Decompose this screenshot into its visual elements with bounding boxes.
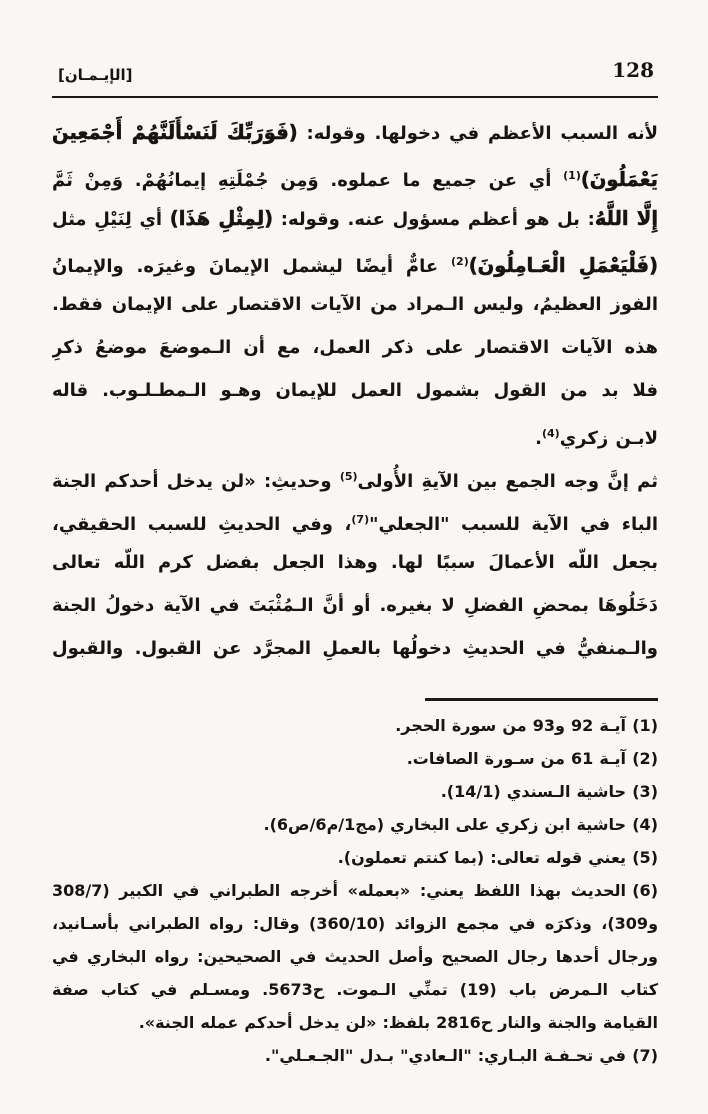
footnote: (4) حاشية ابن زكري على البخاري (مج1/م6/ص…	[52, 808, 658, 841]
page-header: [الإيـمـان] 128	[52, 58, 658, 92]
quran-verse: (فَلْيَعْمَلِ الْعَـامِلُونَ)	[469, 254, 658, 277]
body-line: بجعل اللّه الأعمالَ سببًا لها. وهذا الجع…	[52, 541, 658, 584]
body-text: لأنه السبب الأعظم في دخولها. وقوله: (فَو…	[52, 111, 658, 670]
footnote-text: في تحـفـة البـاري: "الـعادي" بـدل "الجـع…	[265, 1046, 626, 1065]
body-line: لأنه السبب الأعظم في دخولها. وقوله: (فَو…	[52, 111, 658, 154]
footnote: (6) الحديث بهذا اللفظ يعني: «بعمله» أخرج…	[52, 874, 658, 1039]
body-text-run: الباء في الآية للسبب "الجعلي"	[369, 514, 658, 535]
footnote-ref: (1)	[563, 169, 581, 182]
section-label: [الإيـمـان]	[58, 66, 133, 84]
page-number: 128	[612, 58, 654, 82]
footnote-text: الحديث بهذا اللفظ يعني: «بعمله» أخرجه ال…	[52, 881, 658, 1032]
footnote-marker: (4)	[626, 808, 658, 841]
body-text-run: ثم إنَّ وجه الجمع بين الآيةِ الأُولى	[358, 471, 658, 492]
body-line: يَعْمَلُونَ)(1) أي عن جميع ما عملوه. وَم…	[52, 154, 658, 197]
footnote-marker: (1)	[626, 709, 658, 742]
footnote: (7) في تحـفـة البـاري: "الـعادي" بـدل "ا…	[52, 1039, 658, 1072]
body-text-run: والـمنفيُّ في الحديثِ دخولُها بالعملِ ال…	[52, 638, 658, 670]
body-line: هذه الآيات الاقتصار على ذكر العمل، مع أن…	[52, 326, 658, 369]
footnote-ref: (7)	[351, 513, 369, 526]
body-line: ثم إنَّ وجه الجمع بين الآيةِ الأُولى(5) …	[52, 455, 658, 498]
footnote-marker: (6)	[626, 874, 658, 907]
footnote: (1) آيـة 92 و93 من سورة الحجر.	[52, 709, 658, 742]
footnote-marker: (5)	[626, 841, 658, 874]
footnote-text: حاشية الـسندي (14/1).	[441, 782, 626, 801]
footnote-text: آيـة 61 من سـورة الصافات.	[407, 749, 626, 768]
body-line: (فَلْيَعْمَلِ الْعَـامِلُونَ)(2) عامٌّ أ…	[52, 240, 658, 283]
header-rule	[52, 96, 658, 98]
body-text-run: الفوز العظيمُ، وليس الـمراد من الآيات ال…	[52, 294, 658, 326]
body-line: دَخَلُوهَا بمحضِ الفضلِ لا بغيره. أو أنَ…	[52, 584, 658, 627]
footnotes-section: (1) آيـة 92 و93 من سورة الحجر.(2) آيـة 6…	[52, 698, 658, 1072]
body-text-run: دَخَلُوهَا بمحضِ الفضلِ لا بغيره. أو أنَ…	[52, 595, 658, 627]
footnote-text: حاشية ابن زكري على البخاري (مج1/م6/ص6).	[264, 815, 626, 834]
quran-verse: إِلَّا اللَّهُ	[595, 207, 658, 230]
body-line: الباء في الآية للسبب "الجعلي"(7)، وفي ال…	[52, 498, 658, 541]
body-text-run: هذه الآيات الاقتصار على ذكر العمل، مع أن…	[52, 337, 658, 369]
footnote-separator-rule	[425, 698, 658, 701]
body-line: فلا بد من القول بشمول العمل للإيمان وهـو…	[52, 369, 658, 412]
body-text-run: .	[535, 428, 542, 449]
footnote: (2) آيـة 61 من سـورة الصافات.	[52, 742, 658, 775]
quran-verse: (لِمِثْلِ هَذَا)	[170, 207, 273, 230]
footnote-marker: (3)	[626, 775, 658, 808]
footnote-ref: (4)	[542, 427, 560, 440]
book-page: [الإيـمـان] 128 لأنه السبب الأعظم في دخو…	[0, 0, 708, 1114]
footnote-text: آيـة 92 و93 من سورة الحجر.	[395, 716, 626, 735]
body-line: والـمنفيُّ في الحديثِ دخولُها بالعملِ ال…	[52, 627, 658, 670]
footnote-list: (1) آيـة 92 و93 من سورة الحجر.(2) آيـة 6…	[52, 709, 658, 1072]
footnote-marker: (2)	[626, 742, 658, 775]
body-text-run: فلا بد من القول بشمول العمل للإيمان وهـو…	[52, 380, 658, 412]
footnote-marker: (7)	[626, 1039, 658, 1072]
footnote-ref: (2)	[451, 255, 469, 268]
body-text-run: لابـن زكري	[560, 428, 658, 449]
footnote: (5) يعني قوله تعالى: (بما كنتم تعملون).	[52, 841, 658, 874]
body-text-run: : بل هو أعظم مسؤول عنه. وقوله:	[273, 209, 595, 230]
footnote-text: يعني قوله تعالى: (بما كنتم تعملون).	[338, 848, 626, 867]
footnote: (3) حاشية الـسندي (14/1).	[52, 775, 658, 808]
body-line: لابـن زكري(4).	[52, 412, 658, 455]
body-line: الفوز العظيمُ، وليس الـمراد من الآيات ال…	[52, 283, 658, 326]
body-text-run: لأنه السبب الأعظم في دخولها. وقوله:	[298, 123, 658, 144]
body-text-run: بجعل اللّه الأعمالَ سببًا لها. وهذا الجع…	[52, 552, 658, 584]
body-line: إِلَّا اللَّهُ: بل هو أعظم مسؤول عنه. وق…	[52, 197, 658, 240]
footnote-ref: (5)	[340, 470, 358, 483]
quran-verse: يَعْمَلُونَ)	[581, 168, 658, 191]
